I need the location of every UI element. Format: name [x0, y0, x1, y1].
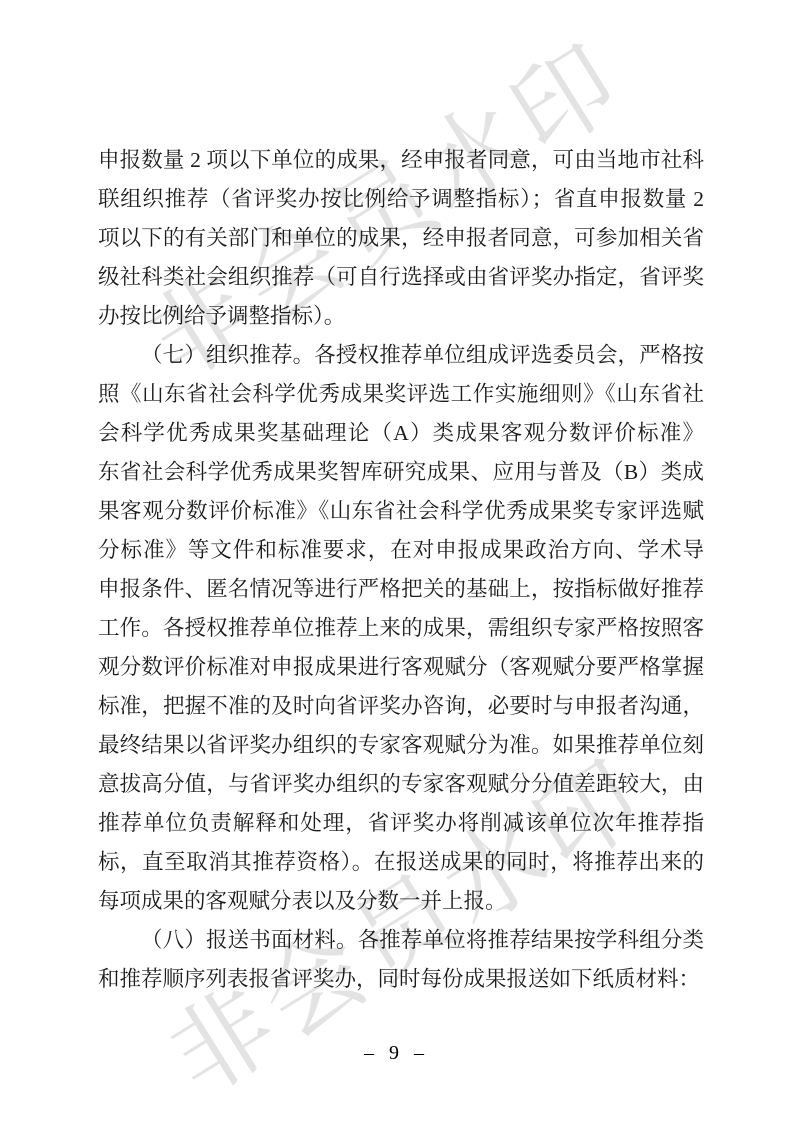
text-line: 观分数评价标准对申报成果进行客观赋分（客观赋分要严格掌握	[98, 648, 704, 687]
text-line: 办按比例给予调整指标）。	[98, 297, 704, 336]
paragraph: （七）组织推荐。各授权推荐单位组成评选委员会，严格按照《山东省社会科学优秀成果奖…	[98, 336, 704, 921]
text-line: 每项成果的客观赋分表以及分数一并上报。	[98, 882, 704, 921]
paragraph: （八）报送书面材料。各推荐单位将推荐结果按学科组分类和推荐顺序列表报省评奖办，同…	[98, 921, 704, 999]
text-line: 和推荐顺序列表报省评奖办，同时每份成果报送如下纸质材料：	[98, 960, 704, 999]
text-line: 会科学优秀成果奖基础理论（A）类成果客观分数评价标准》《山	[98, 414, 704, 453]
page-number: – 9 –	[0, 1042, 793, 1065]
text-line: 分标准》等文件和标准要求，在对申报成果政治方向、学术导向、	[98, 531, 704, 570]
text-line: 推荐单位负责解释和处理，省评奖办将削减该单位次年推荐指	[98, 804, 704, 843]
text-line: 标准，把握不准的及时向省评奖办咨询，必要时与申报者沟通，	[98, 687, 704, 726]
text-line: 标，直至取消其推荐资格）。在报送成果的同时，将推荐出来的	[98, 843, 704, 882]
text-line: 申报数量 2 项以下单位的成果，经申报者同意，可由当地市社科	[98, 141, 704, 180]
text-line: 联组织推荐（省评奖办按比例给予调整指标）；省直申报数量 2	[98, 180, 704, 219]
text-line: 果客观分数评价标准》《山东省社会科学优秀成果奖专家评选赋	[98, 492, 704, 531]
text-line: （七）组织推荐。各授权推荐单位组成评选委员会，严格按	[98, 336, 704, 375]
text-line: 最终结果以省评奖办组织的专家客观赋分为准。如果推荐单位刻	[98, 726, 704, 765]
text-line: 申报条件、匿名情况等进行严格把关的基础上，按指标做好推荐	[98, 570, 704, 609]
text-line: 东省社会科学优秀成果奖智库研究成果、应用与普及（B）类成	[98, 453, 704, 492]
text-line: 项以下的有关部门和单位的成果，经申报者同意，可参加相关省	[98, 219, 704, 258]
text-line: 工作。各授权推荐单位推荐上来的成果，需组织专家严格按照客	[98, 609, 704, 648]
document-page: 非会员水印 非会员水印 申报数量 2 项以下单位的成果，经申报者同意，可由当地市…	[0, 0, 793, 1122]
text-line: 级社科类社会组织推荐（可自行选择或由省评奖办指定，省评奖	[98, 258, 704, 297]
text-line: （八）报送书面材料。各推荐单位将推荐结果按学科组分类	[98, 921, 704, 960]
paragraph: 申报数量 2 项以下单位的成果，经申报者同意，可由当地市社科联组织推荐（省评奖办…	[98, 141, 704, 336]
document-body: 申报数量 2 项以下单位的成果，经申报者同意，可由当地市社科联组织推荐（省评奖办…	[98, 141, 704, 999]
text-line: 照《山东省社会科学优秀成果奖评选工作实施细则》《山东省社	[98, 375, 704, 414]
text-line: 意拔高分值，与省评奖办组织的专家客观赋分分值差距较大，由	[98, 765, 704, 804]
